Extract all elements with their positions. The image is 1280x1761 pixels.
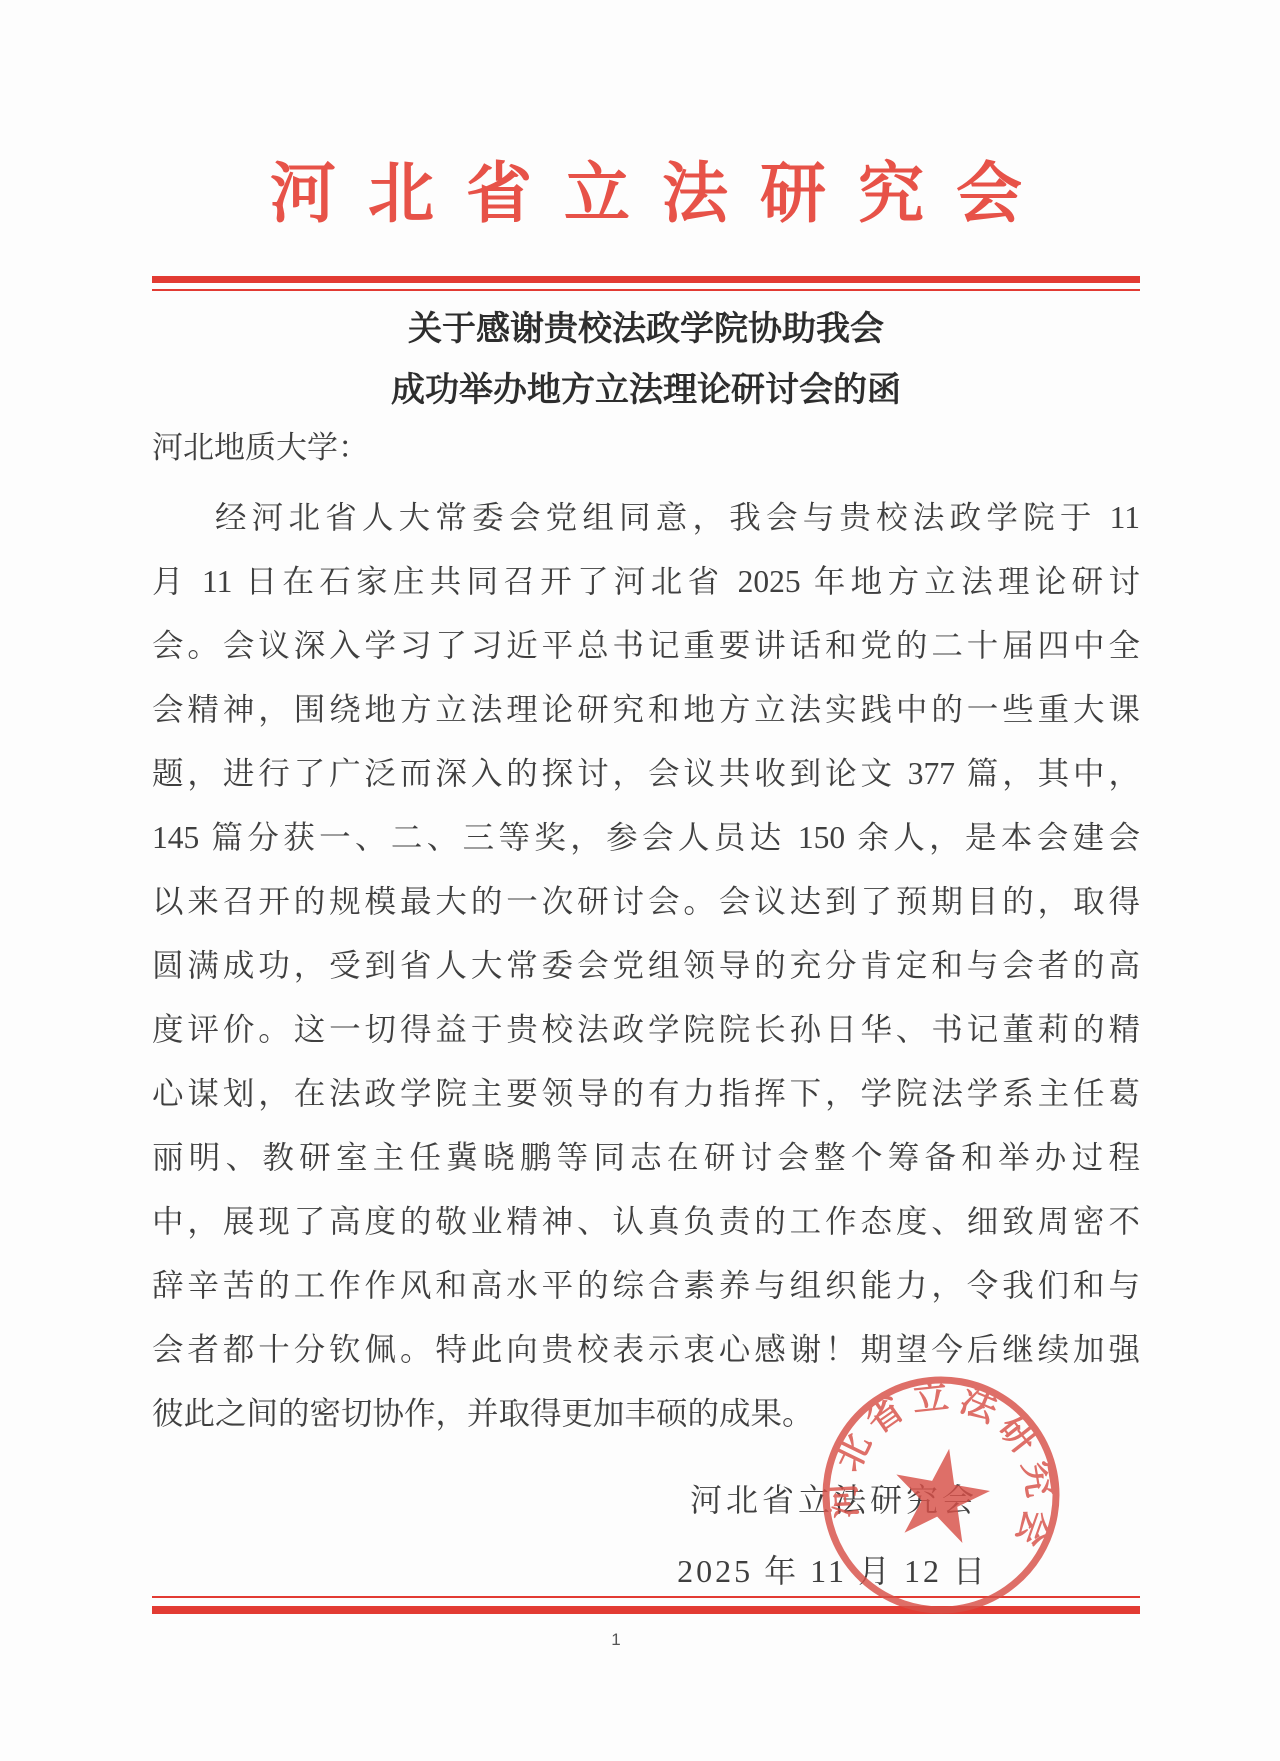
document-title: 关于感谢贵校法政学院协助我会 成功举办地方立法理论研讨会的函 (152, 299, 1140, 421)
body-line: 圆满成功，受到省人大常委会党组领导的充分肯定和与会者的高 (152, 934, 1140, 998)
body-line: 会。会议深入学习了习近平总书记重要讲话和党的二十届四中全 (152, 614, 1140, 678)
body-line: 彼此之间的密切协作，并取得更加丰硕的成果。 (152, 1382, 1140, 1446)
letterhead-org-title: 河北省立法研究会 (152, 152, 1140, 238)
body-line: 丽明、教研室主任冀晓鹏等同志在研讨会整个筹备和举办过程 (152, 1126, 1140, 1190)
body-line: 以来召开的规模最大的一次研讨会。会议达到了预期目的，取得 (152, 870, 1140, 934)
body-line: 心谋划，在法政学院主要领导的有力指挥下，学院法学系主任葛 (152, 1062, 1140, 1126)
salutation: 河北地质大学： (152, 428, 1140, 468)
letter-body: 经河北省人大常委会党组同意，我会与贵校法政学院于 11 月 11 日在石家庄共同… (152, 486, 1140, 1446)
body-line: 月 11 日在石家庄共同召开了河北省 2025 年地方立法理论研讨 (152, 550, 1140, 614)
body-line: 度评价。这一切得益于贵校法政学院院长孙日华、书记董莉的精 (152, 998, 1140, 1062)
footer-rule-thick (152, 1606, 1140, 1614)
scanned-letter-page: 河北省立法研究会 关于感谢贵校法政学院协助我会 成功举办地方立法理论研讨会的函 … (0, 0, 1280, 1761)
body-line: 题，进行了广泛而深入的探讨，会议共收到论文 377 篇，其中， (152, 742, 1140, 806)
body-line: 会精神，围绕地方立法理论研究和地方立法实践中的一些重大课 (152, 678, 1140, 742)
signature-org-name: 河北省立法研究会 (152, 1475, 978, 1521)
header-rule-thin (152, 289, 1140, 291)
document-title-line-1: 关于感谢贵校法政学院协助我会 (152, 299, 1140, 360)
body-line: 会者都十分钦佩。特此向贵校表示衷心感谢！期望今后继续加强 (152, 1318, 1140, 1382)
body-line: 中，展现了高度的敬业精神、认真负责的工作态度、细致周密不 (152, 1190, 1140, 1254)
body-line: 145 篇分获一、二、三等奖，参会人员达 150 余人，是本会建会 (152, 806, 1140, 870)
header-rule-thick (152, 276, 1140, 283)
body-line: 辞辛苦的工作作风和高水平的综合素养与组织能力，令我们和与 (152, 1254, 1140, 1318)
signature-date: 2025 年 11 月 12 日 (152, 1546, 988, 1592)
page-number: 1 (152, 1630, 1080, 1650)
document-title-line-2: 成功举办地方立法理论研讨会的函 (152, 360, 1140, 421)
body-line: 经河北省人大常委会党组同意，我会与贵校法政学院于 11 (152, 486, 1140, 550)
footer-rule-thin (152, 1596, 1140, 1598)
